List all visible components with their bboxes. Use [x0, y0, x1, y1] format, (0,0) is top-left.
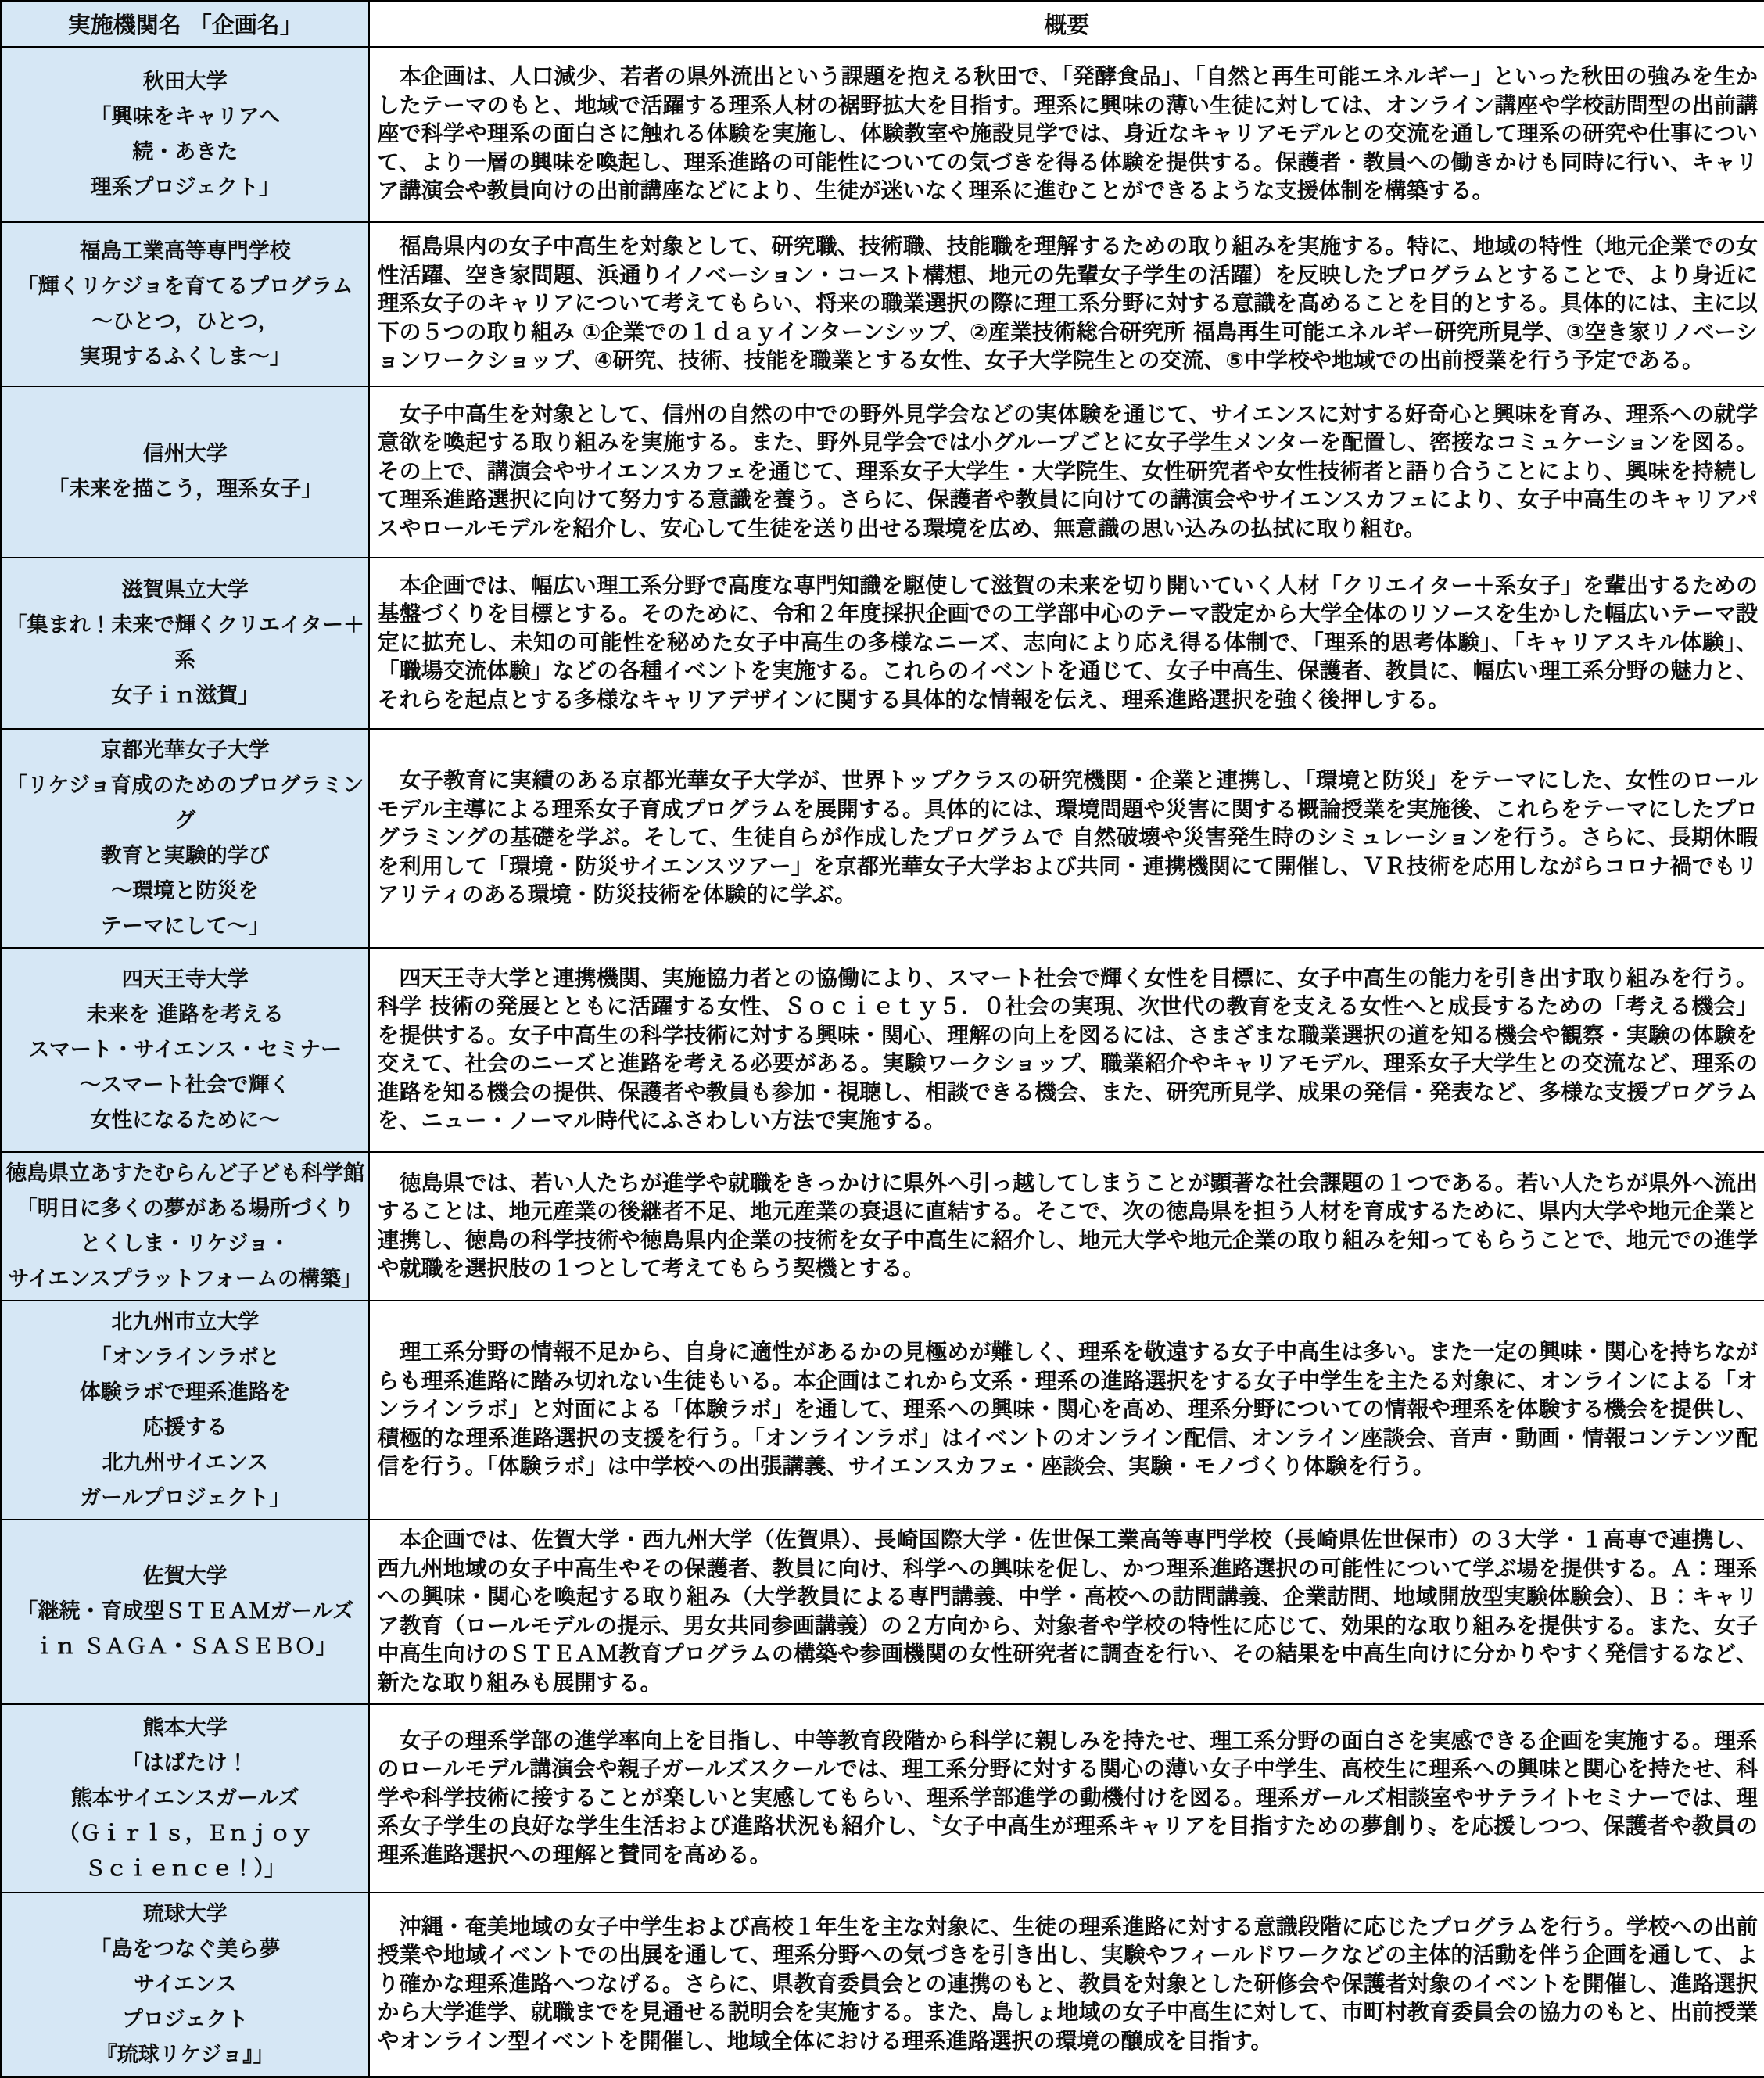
org-cell: 福島工業高等専門学校 「輝くリケジョを育てるプログラム ～ひとつ，ひとつ， 実現… — [2, 222, 369, 386]
table-row-shitennoji: 四天王寺大学 未来を 進路を考える スマート・サイエンス・セミナー ～スマート社… — [2, 948, 1764, 1152]
summary-cell: 女子中高生を対象として、信州の自然の中での野外見学会などの実体験を通じて、サイエ… — [369, 386, 1764, 558]
table-row-akita: 秋田大学 「興味をキャリアへ 続・あきた 理系プロジェクト」 本企画は、人口減少… — [2, 47, 1764, 222]
table-row-tokushima: 徳島県立あすたむらんど子ども科学館 「明日に多くの夢がある場所づくり とくしま・… — [2, 1152, 1764, 1301]
table-row-shinshu: 信州大学 「未来を描こう，理系女子」 女子中高生を対象として、信州の自然の中での… — [2, 386, 1764, 558]
org-cell: 琉球大学 「島をつなぐ美ら夢 サイエンス プロジェクト 『琉球リケジョ』」 — [2, 1893, 369, 2077]
org-cell: 熊本大学 「はばたけ！ 熊本サイエンスガールズ （Ｇｉｒｌｓ，Ｅｎｊｏｙ Ｓｃｉ… — [2, 1704, 369, 1893]
summary-cell: 沖縄・奄美地域の女子中学生および高校１年生を主な対象に、生徒の理系進路に対する意… — [369, 1893, 1764, 2077]
summary-cell: 四天王寺大学と連携機関、実施協力者との協働により、スマート社会で輝く女性を目標に… — [369, 948, 1764, 1152]
summary-cell: 女子教育に実績のある京都光華女子大学が、世界トップクラスの研究機関・企業と連携し… — [369, 729, 1764, 948]
org-cell: 徳島県立あすたむらんど子ども科学館 「明日に多くの夢がある場所づくり とくしま・… — [2, 1152, 369, 1301]
table-row-shiga: 滋賀県立大学 「集まれ！未来で輝くクリエイター＋系 女子ｉｎ滋賀」 本企画では、… — [2, 558, 1764, 729]
summary-cell: 本企画は、人口減少、若者の県外流出という課題を抱える秋田で、「発酵食品」、「自然… — [369, 47, 1764, 222]
table-row-kitakyushu: 北九州市立大学 「オンラインラボと 体験ラボで理系進路を 応援する 北九州サイエ… — [2, 1301, 1764, 1520]
org-cell: 京都光華女子大学 「リケジョ育成のためのプログラミング 教育と実験的学び ～環境… — [2, 729, 369, 948]
table-row-kumamoto: 熊本大学 「はばたけ！ 熊本サイエンスガールズ （Ｇｉｒｌｓ，Ｅｎｊｏｙ Ｓｃｉ… — [2, 1704, 1764, 1893]
table-row-ryukyu: 琉球大学 「島をつなぐ美ら夢 サイエンス プロジェクト 『琉球リケジョ』」 沖縄… — [2, 1893, 1764, 2077]
summary-cell: 本企画では、幅広い理工系分野で高度な専門知識を駆使して滋賀の未来を切り開いていく… — [369, 558, 1764, 729]
program-overview-table: 実施機関名 「企画名」 概要 秋田大学 「興味をキャリアへ 続・あきた 理系プロ… — [0, 0, 1764, 2078]
summary-cell: 本企画では、佐賀大学・西九州大学（佐賀県）、長崎国際大学・佐世保工業高等専門学校… — [369, 1520, 1764, 1704]
org-cell: 秋田大学 「興味をキャリアへ 続・あきた 理系プロジェクト」 — [2, 47, 369, 222]
org-column-header: 実施機関名 「企画名」 — [2, 2, 369, 47]
table-row-kyoto-koka: 京都光華女子大学 「リケジョ育成のためのプログラミング 教育と実験的学び ～環境… — [2, 729, 1764, 948]
org-cell: 北九州市立大学 「オンラインラボと 体験ラボで理系進路を 応援する 北九州サイエ… — [2, 1301, 369, 1520]
org-cell: 信州大学 「未来を描こう，理系女子」 — [2, 386, 369, 558]
org-cell: 滋賀県立大学 「集まれ！未来で輝くクリエイター＋系 女子ｉｎ滋賀」 — [2, 558, 369, 729]
summary-cell: 徳島県では、若い人たちが進学や就職をきっかけに県外へ引っ越してしまうことが顕著な… — [369, 1152, 1764, 1301]
summary-cell: 理工系分野の情報不足から、自身に適性があるかの見極めが難しく、理系を敬遠する女子… — [369, 1301, 1764, 1520]
overview-column-header: 概要 — [369, 2, 1764, 47]
summary-cell: 福島県内の女子中高生を対象として、研究職、技術職、技能職を理解するための取り組み… — [369, 222, 1764, 386]
table-row-fukushima: 福島工業高等専門学校 「輝くリケジョを育てるプログラム ～ひとつ，ひとつ， 実現… — [2, 222, 1764, 386]
org-cell: 佐賀大学 「継続・育成型ＳＴＥＡＭガールズ ｉｎ ＳＡＧＡ・ＳＡＳＥＢＯ」 — [2, 1520, 369, 1704]
table-row-saga: 佐賀大学 「継続・育成型ＳＴＥＡＭガールズ ｉｎ ＳＡＧＡ・ＳＡＳＥＢＯ」 本企… — [2, 1520, 1764, 1704]
org-cell: 四天王寺大学 未来を 進路を考える スマート・サイエンス・セミナー ～スマート社… — [2, 948, 369, 1152]
table-header-row: 実施機関名 「企画名」 概要 — [2, 2, 1764, 47]
summary-cell: 女子の理系学部の進学率向上を目指し、中等教育段階から科学に親しみを持たせ、理工系… — [369, 1704, 1764, 1893]
